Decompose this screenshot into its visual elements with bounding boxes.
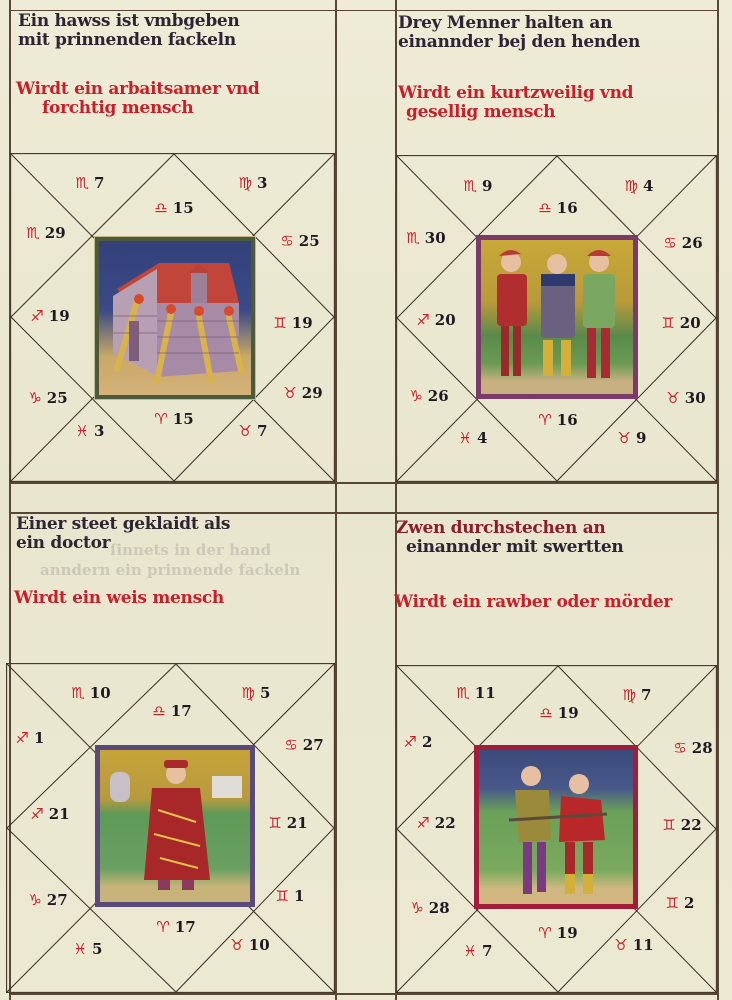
house-top-right: ♍4 [625, 178, 654, 194]
scorpio-icon: ♏ [76, 174, 89, 192]
capricorn-icon: ♑ [409, 387, 422, 405]
illustration-three-men [476, 235, 638, 399]
panel-top-left: Ein hawss ist vmbgeben mit prinnenden fa… [10, 10, 335, 482]
house-right-middle: ♊22 [662, 817, 701, 833]
house-left-middle: ♐21 [30, 806, 69, 822]
house-top-right: ♍5 [242, 685, 271, 701]
house-left-upper: ♐1 [16, 730, 45, 746]
bleed-through-text: ſinnets in der hand [110, 541, 271, 559]
illustration-doctor [95, 745, 255, 907]
cancer-icon: ♋ [663, 234, 676, 252]
taurus-icon: ♉ [614, 936, 627, 954]
house-left-upper: ♏30 [406, 230, 445, 246]
taurus-icon: ♉ [283, 384, 296, 402]
cancer-icon: ♋ [284, 736, 297, 754]
pisces-icon: ♓ [464, 942, 477, 960]
three-men-svg [481, 240, 633, 394]
panel-caption: Ein hawss ist vmbgeben mit prinnenden fa… [18, 12, 335, 50]
house-top-left: ♏10 [71, 685, 110, 701]
house-top-right: ♍7 [623, 687, 652, 703]
house-left-lower: ♑28 [410, 900, 449, 916]
virgo-icon: ♍ [623, 686, 636, 704]
horoscope-chart: ♏11 ♎19 ♍7 ♐2 ♋28 ♐22 ♊22 ♑28 ♊2 ♓7 ♈19 … [396, 665, 717, 993]
caption-line: Ein hawss ist vmbgeben [18, 12, 335, 31]
capricorn-icon: ♑ [28, 389, 41, 407]
house-left-lower: ♑27 [28, 892, 67, 908]
caption-line: Drey Menner halten an [398, 14, 717, 33]
gemini-icon: ♊ [666, 894, 679, 912]
pisces-icon: ♓ [76, 422, 89, 440]
cancer-icon: ♋ [280, 232, 293, 250]
aries-icon: ♈ [154, 410, 167, 428]
caption-line: Einer steet geklaidt als [16, 515, 335, 534]
libra-icon: ♎ [154, 199, 167, 217]
taurus-icon: ♉ [239, 422, 252, 440]
virgo-icon: ♍ [242, 684, 255, 702]
house-top-right: ♍3 [239, 175, 268, 191]
house-bottom-center: ♈15 [154, 411, 193, 427]
scorpio-icon: ♏ [71, 684, 84, 702]
gemini-icon: ♊ [276, 887, 289, 905]
caption-line: einannder mit swertten [396, 538, 717, 557]
aries-icon: ♈ [538, 924, 551, 942]
panel-caption: Drey Menner halten an einannder bej den … [398, 14, 717, 52]
middle-rule-upper [9, 482, 719, 484]
aries-icon: ♈ [538, 411, 551, 429]
house-left-lower: ♑25 [28, 390, 67, 406]
house-top-center: ♎15 [154, 200, 193, 216]
house-left-middle: ♐19 [30, 308, 69, 324]
house-bottom-center: ♈19 [538, 925, 577, 941]
house-right-middle: ♊19 [273, 315, 312, 331]
house-bottom-left: ♓4 [459, 430, 488, 446]
house-bottom-left: ♓3 [76, 423, 105, 439]
panel-top-right: Drey Menner halten an einannder bej den … [396, 10, 717, 482]
house-left-middle: ♐20 [416, 312, 455, 328]
pisces-icon: ♓ [459, 429, 472, 447]
panel-caption: Zwen durchstechen an einannder mit swert… [396, 519, 717, 557]
illustration-house-with-torches [95, 237, 255, 399]
illustration-sword-fight [474, 745, 638, 909]
panel-bottom-right: Zwen durchstechen an einannder mit swert… [396, 513, 717, 993]
center-rule [335, 0, 337, 1000]
house-torches-svg [99, 241, 251, 395]
panel-meaning: Wirdt ein arbaitsamer vnd forchtig mensc… [16, 80, 335, 118]
sagittarius-icon: ♐ [16, 729, 29, 747]
house-left-lower: ♑26 [409, 388, 448, 404]
house-right-upper: ♋28 [673, 740, 712, 756]
manuscript-page: Ein hawss ist vmbgeben mit prinnenden fa… [0, 0, 732, 1000]
panel-meaning: Wirdt ein rawber oder mörder [394, 593, 717, 612]
taurus-icon: ♉ [618, 429, 631, 447]
house-bottom-center: ♈17 [156, 919, 195, 935]
house-left-middle: ♐22 [416, 815, 455, 831]
house-bottom-left: ♓5 [74, 941, 103, 957]
house-right-upper: ♋25 [280, 233, 319, 249]
sagittarius-icon: ♐ [30, 805, 43, 823]
gemini-icon: ♊ [662, 816, 675, 834]
sagittarius-icon: ♐ [404, 733, 417, 751]
taurus-icon: ♉ [230, 936, 243, 954]
cancer-icon: ♋ [673, 739, 686, 757]
house-left-upper: ♏29 [26, 225, 65, 241]
pisces-icon: ♓ [74, 940, 87, 958]
house-right-upper: ♋26 [663, 235, 702, 251]
meaning-line: Wirdt ein weis mensch [14, 589, 335, 608]
right-margin-rule [717, 0, 719, 1000]
house-top-center: ♎17 [152, 703, 191, 719]
house-bottom-right: ♉7 [239, 423, 268, 439]
house-bottom-right: ♉10 [230, 937, 269, 953]
meaning-line: gesellig mensch [398, 103, 717, 122]
horoscope-chart: ♏10 ♎17 ♍5 ♐1 ♋27 ♐21 ♊21 ♑27 ♊1 ♓5 ♈17 … [6, 663, 335, 993]
house-right-lower: ♊1 [276, 888, 305, 904]
sagittarius-icon: ♐ [416, 814, 429, 832]
house-right-middle: ♊20 [661, 315, 700, 331]
house-bottom-right: ♉9 [618, 430, 647, 446]
sagittarius-icon: ♐ [416, 311, 429, 329]
sword-fight-svg [479, 750, 633, 904]
libra-icon: ♎ [538, 199, 551, 217]
house-top-center: ♎16 [538, 200, 577, 216]
house-left-upper: ♐2 [404, 734, 433, 750]
virgo-icon: ♍ [239, 174, 252, 192]
scorpio-icon: ♏ [456, 684, 469, 702]
house-right-lower: ♊2 [666, 895, 695, 911]
gemini-icon: ♊ [273, 314, 286, 332]
meaning-line: Wirdt ein rawber oder mörder [394, 593, 717, 612]
libra-icon: ♎ [152, 702, 165, 720]
gemini-icon: ♊ [268, 814, 281, 832]
house-right-upper: ♋27 [284, 737, 323, 753]
scorpio-icon: ♏ [406, 229, 419, 247]
house-top-left: ♏9 [464, 178, 493, 194]
virgo-icon: ♍ [625, 177, 638, 195]
sagittarius-icon: ♐ [30, 307, 43, 325]
aries-icon: ♈ [156, 918, 169, 936]
house-top-left: ♏11 [456, 685, 495, 701]
house-bottom-left: ♓7 [464, 943, 493, 959]
meaning-line: Wirdt ein kurtzweilig vnd [398, 84, 717, 103]
house-bottom-right: ♉11 [614, 937, 653, 953]
scorpio-icon: ♏ [26, 224, 39, 242]
house-right-middle: ♊21 [268, 815, 307, 831]
bleed-through-text: anndern ein prinnende fackeln [40, 561, 300, 579]
caption-line: Zwen durchstechen an [396, 519, 717, 538]
panel-meaning: Wirdt ein kurtzweilig vnd gesellig mensc… [398, 84, 717, 122]
house-top-center: ♎19 [539, 705, 578, 721]
horoscope-chart: ♏7 ♎15 ♍3 ♏29 ♋25 ♐19 ♊19 ♑25 ♉29 ♓3 ♈15… [10, 153, 335, 482]
capricorn-icon: ♑ [28, 891, 41, 909]
caption-line: einannder bej den henden [398, 33, 717, 52]
caption-line: mit prinnenden fackeln [18, 31, 335, 50]
taurus-icon: ♉ [666, 389, 679, 407]
bottom-rule [9, 993, 719, 995]
panel-meaning: Wirdt ein weis mensch [14, 589, 335, 608]
house-top-left: ♏7 [76, 175, 105, 191]
meaning-line: forchtig mensch [16, 99, 335, 118]
gemini-icon: ♊ [661, 314, 674, 332]
libra-icon: ♎ [539, 704, 552, 722]
capricorn-icon: ♑ [410, 899, 423, 917]
horoscope-chart: ♏9 ♎16 ♍4 ♏30 ♋26 ♐20 ♊20 ♑26 ♉30 ♓4 ♈16… [396, 155, 717, 482]
scorpio-icon: ♏ [464, 177, 477, 195]
house-right-lower: ♉29 [283, 385, 322, 401]
panel-bottom-left: Einer steet geklaidt als ein doctor ſinn… [10, 513, 335, 993]
house-right-lower: ♉30 [666, 390, 705, 406]
doctor-svg [100, 750, 250, 902]
house-bottom-center: ♈16 [538, 412, 577, 428]
meaning-line: Wirdt ein arbaitsamer vnd [16, 80, 335, 99]
